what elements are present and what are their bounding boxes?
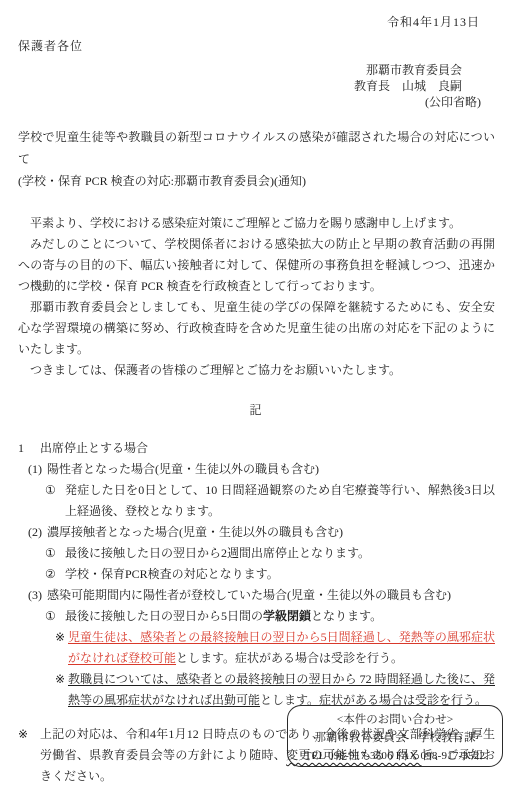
list-item-1: (1) 陽性者となった場合(児童・生徒以外の職員も含む) <box>28 459 495 480</box>
item-text: 感染可能期間内に陽性者が登校していた場合(児童・生徒以外の職員も含む) <box>47 585 495 606</box>
paragraph-4: つきましては、保護者の皆様のご理解とご協力をお願いいたします。 <box>18 360 495 381</box>
section-attendance-suspension: 1 出席停止とする場合 (1) 陽性者となった場合(児童・生徒以外の職員も含む)… <box>18 438 495 711</box>
list-item-2-sub-2: ② 学校・保育PCR検査の対応となります。 <box>45 564 495 585</box>
list-item-1-sub-1: ① 発症した日を0日として、10 日間経過観察のため自宅療養等行い、解熱後3日以… <box>45 480 495 522</box>
list-item-3: (3) 感染可能期間内に陽性者が登校していた場合(児童・生徒以外の職員も含む) <box>28 585 495 606</box>
sender-seal-note: (公印省略) <box>18 94 495 110</box>
paragraph-3: 那覇市教育委員会としましても、児童生徒の学びの保障を継続するためにも、安全安心な… <box>18 297 495 360</box>
item-text: 濃厚接触者となった場合(児童・生徒以外の職員も含む) <box>47 522 495 543</box>
list-item-3-sub-1: ① 最後に接触した日の翌日から5日間の学級閉鎖となります。 <box>45 606 495 627</box>
item-label: (1) <box>28 459 47 480</box>
recipient: 保護者各位 <box>18 37 495 54</box>
section-heading: 1 出席停止とする場合 <box>18 438 495 459</box>
contact-title: <本件のお問い合わせ> <box>288 711 502 729</box>
sender-block: 那覇市教育委員会 教育長 山城 良嗣 (公印省略) <box>18 62 495 110</box>
item-label: (2) <box>28 522 47 543</box>
item-text: 学校・保育PCR検査の対応となります。 <box>65 564 495 585</box>
note-marker: ※ <box>55 669 68 711</box>
item-text-emphasis: 学級閉鎖 <box>263 609 311 623</box>
section-heading-text: 出席停止とする場合 <box>40 438 148 459</box>
paragraph-1: 平素より、学校における感染症対策にご理解とご協力を賜り感謝申し上げます。 <box>18 213 495 234</box>
document-title: 学校で児童生徒等や教職員の新型コロナウイルスの感染が確認された場合の対応について… <box>18 126 495 192</box>
item-text: 発症した日を0日として、10 日間経過観察のため自宅療養等行い、解熱後3日以上経… <box>65 480 495 522</box>
note-rest: とします。症状がある場合は受診を行う。 <box>176 651 403 665</box>
item-text: 最後に接触した日の翌日から2週間出席停止となります。 <box>65 543 495 564</box>
item-label: ② <box>45 564 65 585</box>
item-text-post: となります。 <box>311 609 382 623</box>
document-page: 令和4年1月13日 保護者各位 那覇市教育委員会 教育長 山城 良嗣 (公印省略… <box>0 0 513 789</box>
note-students: ※ 児童生徒は、感染者との最終接触日の翌日から5日間経過し、発熱等の風邪症状がな… <box>55 627 495 669</box>
sender-org: 那覇市教育委員会 <box>18 62 495 78</box>
paragraph-2: みだしのことについて、学校関係者における感染拡大の防止と早期の教育活動の再開への… <box>18 234 495 297</box>
contact-org: 那覇市教育委員会 学校教育課 <box>288 729 502 747</box>
note-text: 児童生徒は、感染者との最終接触日の翌日から5日間経過し、発熱等の風邪症状がなけれ… <box>68 627 495 669</box>
contact-box: <本件のお問い合わせ> 那覇市教育委員会 学校教育課 TEL 098-917-3… <box>287 705 503 767</box>
list-item-2: (2) 濃厚接触者となった場合(児童・生徒以外の職員も含む) <box>28 522 495 543</box>
list-item-2-sub-1: ① 最後に接触した日の翌日から2週間出席停止となります。 <box>45 543 495 564</box>
contact-tel-fax: TEL 098-917-3506 FAX 098-917-3522 <box>288 747 502 765</box>
sender-person: 教育長 山城 良嗣 <box>18 78 495 94</box>
document-date: 令和4年1月13日 <box>18 13 495 30</box>
note-marker: ※ <box>55 627 68 669</box>
item-label: ① <box>45 480 65 522</box>
item-label: ① <box>45 606 65 627</box>
item-text: 最後に接触した日の翌日から5日間の学級閉鎖となります。 <box>65 606 495 627</box>
item-label: (3) <box>28 585 47 606</box>
footnote-marker: ※ <box>18 724 40 787</box>
section-number: 1 <box>18 438 40 459</box>
record-marker: 記 <box>18 401 495 418</box>
body-paragraphs: 平素より、学校における感染症対策にご理解とご協力を賜り感謝申し上げます。 みだし… <box>18 213 495 381</box>
title-line-1: 学校で児童生徒等や教職員の新型コロナウイルスの感染が確認された場合の対応について <box>18 126 495 170</box>
item-text: 陽性者となった場合(児童・生徒以外の職員も含む) <box>47 459 495 480</box>
title-line-2: (学校・保育 PCR 検査の対応:那覇市教育委員会)(通知) <box>18 170 495 192</box>
item-label: ① <box>45 543 65 564</box>
item-text-pre: 最後に接触した日の翌日から5日間の <box>65 609 263 623</box>
